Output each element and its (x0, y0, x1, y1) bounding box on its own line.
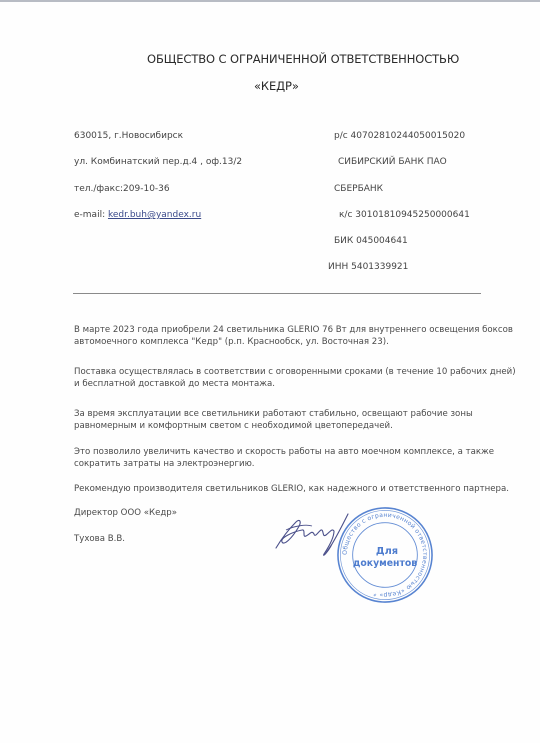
signatory-position: Директор ООО «Кедр» (74, 507, 177, 519)
postal-address: 630015, г.Новосибирск (74, 131, 183, 141)
company-name-heading: «КЕДР» (254, 79, 299, 93)
paragraph-2-line-1: Поставка осуществлялась в соответствии с… (74, 366, 516, 378)
paragraph-3-line-1: За время эксплуатации все светильники ра… (74, 408, 473, 420)
bank-name-line-2: СБЕРБАНК (334, 184, 383, 194)
letter-page: ОБЩЕСТВО С ОГРАНИЧЕННОЙ ОТВЕТСТВЕННОСТЬЮ… (0, 0, 540, 743)
email-link[interactable]: kedr.buh@yandex.ru (108, 210, 201, 220)
header-divider (73, 293, 481, 294)
signatory-name: Тухова В.В. (74, 533, 125, 545)
paragraph-1-line-1: В марте 2023 года приобрели 24 светильни… (74, 324, 513, 336)
paragraph-1-line-2: автомоечного комплекса "Кедр" (р.п. Крас… (74, 336, 389, 348)
paragraph-4-line-2: сократить затраты на электроэнергию. (74, 458, 255, 470)
email-label: e-mail: (74, 210, 108, 220)
paragraph-5-line-1: Рекомендую производителя светильников GL… (74, 483, 509, 495)
bank-name-line-1: СИБИРСКИЙ БАНК ПАО (338, 157, 447, 167)
paragraph-3-line-2: равномерным и комфортным светом с необхо… (74, 420, 393, 432)
settlement-account: р/с 40702810244050015020 (334, 131, 465, 141)
email-line: e-mail: kedr.buh@yandex.ru (74, 210, 201, 220)
bik: БИК 045004641 (334, 236, 408, 246)
company-type-heading: ОБЩЕСТВО С ОГРАНИЧЕННОЙ ОТВЕТСТВЕННОСТЬЮ (147, 52, 459, 66)
scan-top-edge (0, 0, 540, 2)
paragraph-2-line-2: и бесплатной доставкой до места монтажа. (74, 378, 275, 390)
street-address: ул. Комбинатский пер.д.4 , оф.13/2 (74, 157, 242, 167)
inn: ИНН 5401339921 (328, 262, 408, 272)
seal-center-text-2: документов (353, 558, 417, 569)
company-seal-icon: Общество с ограниченной ответственностью… (336, 506, 434, 604)
paragraph-4-line-1: Это позволило увеличить качество и скоро… (74, 446, 494, 458)
phone-fax: тел./факс:209-10-36 (74, 184, 170, 194)
correspondent-account: к/с 30101810945250000641 (339, 210, 470, 220)
seal-center-text-1: Для (376, 546, 398, 557)
